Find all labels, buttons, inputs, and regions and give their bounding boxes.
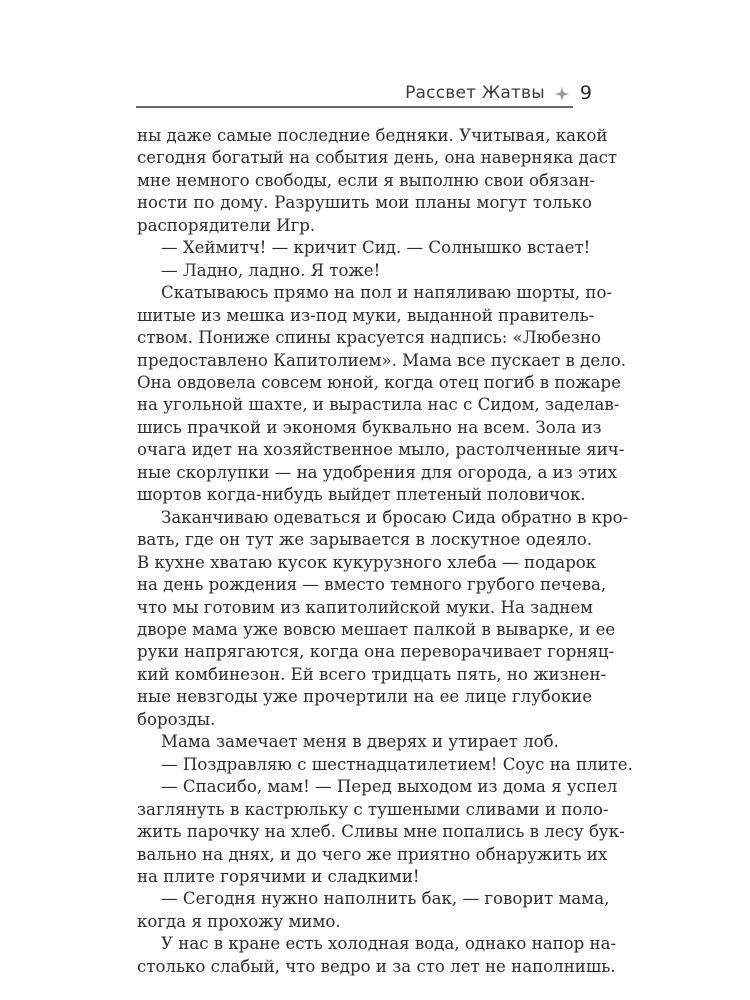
text-line: ности по дому. Разрушить мои планы могут…: [137, 192, 592, 214]
paragraph: Заканчиваю одеваться и бросаю Сида обрат…: [137, 507, 592, 732]
text-line: ные скорлупки — на удобрения для огорода…: [137, 462, 592, 484]
text-line: вально на днях, и до чего же приятно обн…: [137, 844, 592, 866]
text-line: столько слабый, что ведро и за сто лет н…: [137, 956, 592, 978]
paragraph: ны даже самые последние бедняки. Учитыва…: [137, 125, 592, 237]
text-line: У нас в кране есть холодная вода, однако…: [137, 933, 592, 955]
text-line: вать, где он тут же зарывается в лоскутн…: [137, 529, 592, 551]
header-rule: [136, 106, 573, 108]
text-line: кий комбинезон. Ей всего тридцать пять, …: [137, 664, 592, 686]
chapter-title: Рассвет Жатвы: [405, 83, 545, 103]
text-line: — Ладно, ладно. Я тоже!: [137, 260, 592, 282]
paragraph: — Поздравляю с шестнадцатилетием! Соус н…: [137, 754, 592, 776]
text-line: предоставлено Капитолием». Мама все пуск…: [137, 350, 592, 372]
text-line: на день рождения — вместо темного грубог…: [137, 574, 592, 596]
paragraph: Мама замечает меня в дверях и утирает ло…: [137, 731, 592, 753]
text-line: ны даже самые последние бедняки. Учитыва…: [137, 125, 592, 147]
text-line: ством. Пониже спины красуется надпись: «…: [137, 327, 592, 349]
text-line: что мы готовим из капитолийской муки. На…: [137, 597, 592, 619]
text-line: Она овдовела совсем юной, когда отец пог…: [137, 372, 592, 394]
text-line: на угольной шахте, и вырастила нас с Сид…: [137, 394, 592, 416]
text-line: на плите горячими и сладкими!: [137, 866, 592, 888]
text-line: — Хеймитч! — кричит Сид. — Солнышко вста…: [137, 237, 592, 259]
paragraph: — Сегодня нужно наполнить бак, — говорит…: [137, 888, 592, 933]
text-line: заглянуть в кастрюльку с тушеными сливам…: [137, 799, 592, 821]
paragraph: У нас в кране есть холодная вода, однако…: [137, 933, 592, 978]
paragraph: Скатываюсь прямо на пол и напяливаю шорт…: [137, 282, 592, 507]
text-line: мне немного свободы, если я выполню свои…: [137, 170, 592, 192]
text-line: распорядители Игр.: [137, 215, 592, 237]
page-number: 9: [580, 82, 592, 104]
book-page: Рассвет Жатвы 9 ны даже самые последние …: [0, 0, 750, 1000]
text-line: — Сегодня нужно наполнить бак, — говорит…: [137, 888, 592, 910]
text-line: ные невзгоды уже прочертили на ее лице г…: [137, 686, 592, 708]
paragraph: — Ладно, ладно. Я тоже!: [137, 260, 592, 282]
text-line: Мама замечает меня в дверях и утирает ло…: [137, 731, 592, 753]
text-line: руки напрягаются, когда она переворачива…: [137, 641, 592, 663]
running-head: Рассвет Жатвы 9: [136, 80, 592, 106]
text-line: В кухне хватаю кусок кукурузного хлеба —…: [137, 552, 592, 574]
text-line: — Спасибо, мам! — Перед выходом из дома …: [137, 776, 592, 798]
body-text: ны даже самые последние бедняки. Учитыва…: [137, 125, 592, 978]
paragraph: — Спасибо, мам! — Перед выходом из дома …: [137, 776, 592, 888]
text-line: дворе мама уже вовсю мешает палкой в выв…: [137, 619, 592, 641]
text-line: — Поздравляю с шестнадцатилетием! Соус н…: [137, 754, 592, 776]
text-line: шитые из мешка из-под муки, выданной пра…: [137, 305, 592, 327]
four-point-star-icon: [555, 86, 569, 100]
text-line: шортов когда-нибудь выйдет плетеный поло…: [137, 484, 592, 506]
text-line: борозды.: [137, 709, 592, 731]
text-line: жить парочку на хлеб. Сливы мне попались…: [137, 821, 592, 843]
text-line: сегодня богатый на события день, она нав…: [137, 147, 592, 169]
text-line: шись прачкой и экономя буквально на всем…: [137, 417, 592, 439]
text-line: Заканчиваю одеваться и бросаю Сида обрат…: [137, 507, 592, 529]
text-line: очага идет на хозяйственное мыло, растол…: [137, 439, 592, 461]
text-line: когда я прохожу мимо.: [137, 911, 592, 933]
paragraph: — Хеймитч! — кричит Сид. — Солнышко вста…: [137, 237, 592, 259]
text-line: Скатываюсь прямо на пол и напяливаю шорт…: [137, 282, 592, 304]
